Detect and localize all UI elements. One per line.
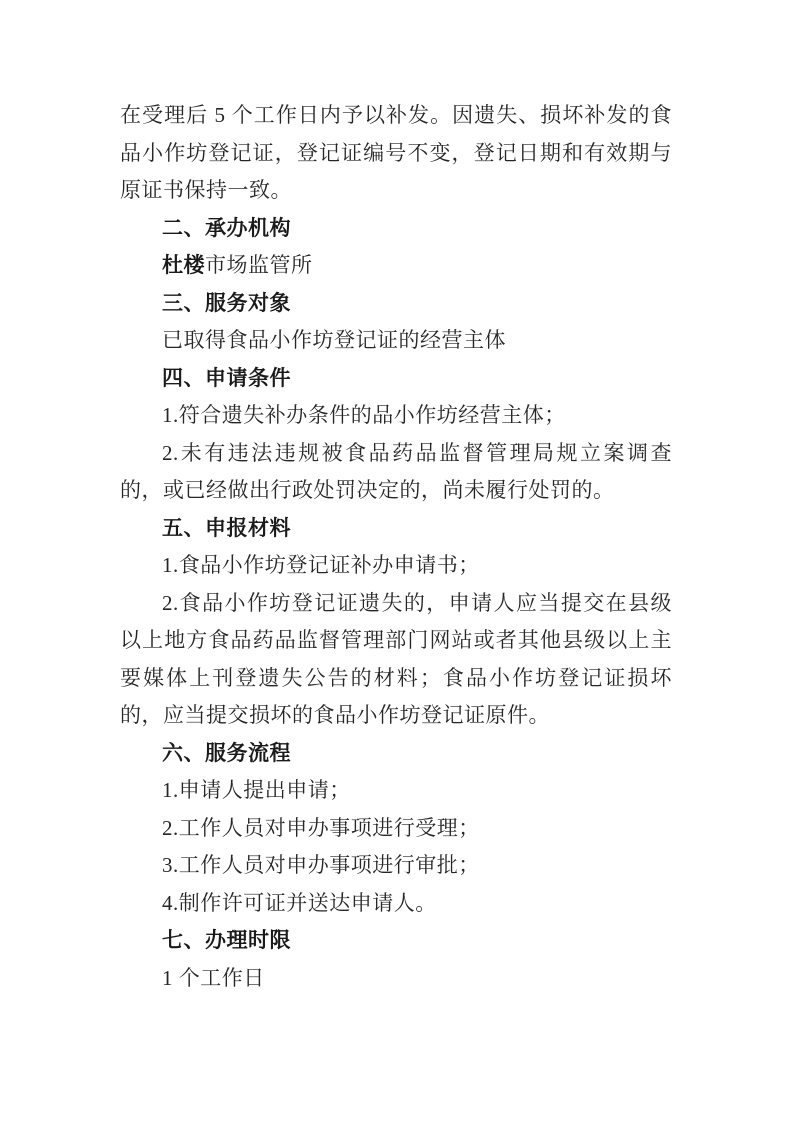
service-process-step: 3.工作人员对申办事项进行审批； (120, 847, 672, 885)
document-page: 在受理后 5 个工作日内予以补发。因遗失、损坏补发的食品小作坊登记证，登记证编号… (0, 0, 793, 1122)
organizer-body: 杜楼市场监管所 (120, 247, 672, 285)
section-heading-processing-time: 七、办理时限 (120, 922, 672, 960)
service-process-step: 4.制作许可证并送达申请人。 (120, 885, 672, 923)
application-material-item: 2.食品小作坊登记证遗失的，申请人应当提交在县级以上地方食品药品监督管理部门网站… (120, 585, 672, 735)
section-heading-service-process: 六、服务流程 (120, 735, 672, 773)
paragraph-intro: 在受理后 5 个工作日内予以补发。因遗失、损坏补发的食品小作坊登记证，登记证编号… (120, 97, 672, 210)
service-process-step: 2.工作人员对申办事项进行受理； (120, 810, 672, 848)
application-condition-item: 1.符合遗失补办条件的品小作坊经营主体； (120, 397, 672, 435)
processing-time-body: 1 个工作日 (120, 960, 672, 998)
application-material-item: 1.食品小作坊登记证补办申请书； (120, 547, 672, 585)
organizer-name-rest: 市场监管所 (205, 253, 313, 277)
section-heading-service-target: 三、服务对象 (120, 285, 672, 323)
service-target-body: 已取得食品小作坊登记证的经营主体 (120, 322, 672, 360)
section-heading-organizer: 二、承办机构 (120, 210, 672, 248)
application-condition-item: 2.未有违法违规被食品药品监督管理局规立案调查的，或已经做出行政处罚决定的，尚未… (120, 435, 672, 510)
service-process-step: 1.申请人提出申请； (120, 772, 672, 810)
organizer-name-bold: 杜楼 (162, 254, 205, 277)
section-heading-application-materials: 五、申报材料 (120, 510, 672, 548)
section-heading-application-conditions: 四、申请条件 (120, 360, 672, 398)
